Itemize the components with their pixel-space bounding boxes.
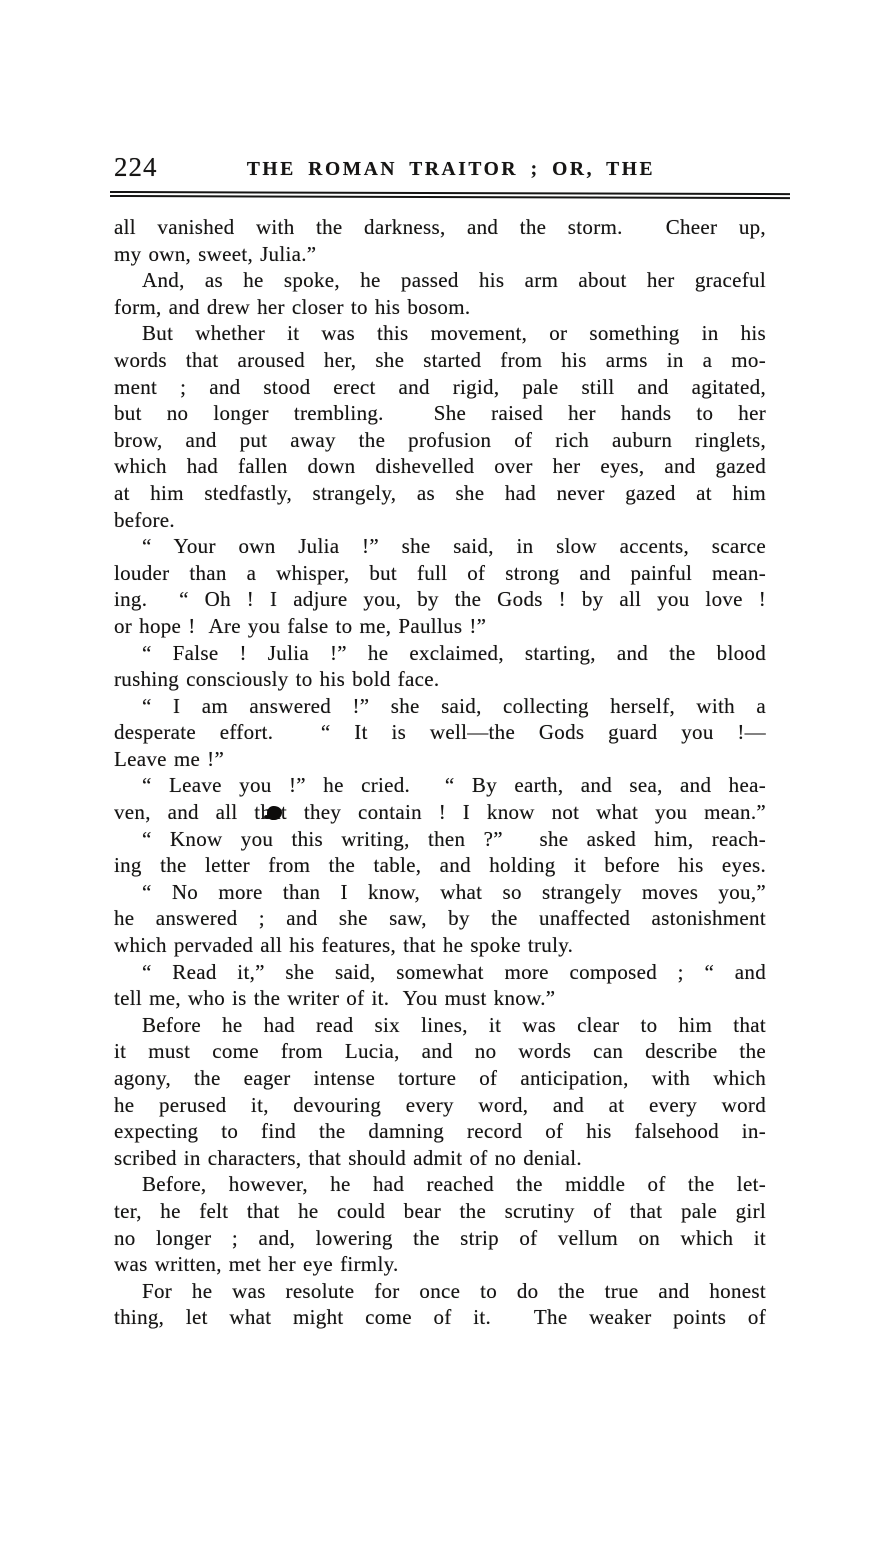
text-line: words that aroused her, she started from… — [114, 347, 766, 374]
text-line: “ Know you this writing, then ?” she ask… — [114, 826, 766, 853]
text-line: form, and drew her closer to his bosom. — [114, 294, 766, 321]
text-line: tell me, who is the writer of it. You mu… — [114, 985, 766, 1012]
text-line: ven, and all that they contain ! I know … — [114, 799, 766, 826]
text-line: Before, however, he had reached the midd… — [114, 1171, 766, 1198]
text-line: desperate effort. “ It is well—the Gods … — [114, 719, 766, 746]
text-line: “ Leave you !” he cried. “ By earth, and… — [114, 772, 766, 799]
text-line: ing the letter from the table, and holdi… — [114, 852, 766, 879]
text-line: Leave me !” — [114, 746, 766, 773]
text-line: “ I am answered !” she said, collecting … — [114, 693, 766, 720]
text-line: or hope ! Are you false to me, Paullus !… — [114, 613, 766, 640]
text-line: he answered ; and she saw, by the unaffe… — [114, 905, 766, 932]
text-line: “ No more than I know, what so strangely… — [114, 879, 766, 906]
text-line: before. — [114, 507, 766, 534]
text-block: all vanished with the darkness, and the … — [114, 214, 766, 1331]
text-line: But whether it was this movement, or som… — [114, 320, 766, 347]
text-line: “ Read it,” she said, somewhat more comp… — [114, 959, 766, 986]
text-line: brow, and put away the profusion of rich… — [114, 427, 766, 454]
text-line: at him stedfastly, strangely, as she had… — [114, 480, 766, 507]
text-line: louder than a whisper, but full of stron… — [114, 560, 766, 587]
running-title: THE ROMAN TRAITOR ; OR, THE — [112, 159, 790, 181]
text-line: which had fallen down dishevelled over h… — [114, 453, 766, 480]
text-line: ment ; and stood erect and rigid, pale s… — [114, 374, 766, 401]
text-line: “ Your own Julia !” she said, in slow ac… — [114, 533, 766, 560]
text-line: thing, let what might come of it. The we… — [114, 1304, 766, 1331]
text-line: agony, the eager intense torture of anti… — [114, 1065, 766, 1092]
text-line: he perused it, devouring every word, and… — [114, 1092, 766, 1119]
text-line: was written, met her eye firmly. — [114, 1251, 766, 1278]
text-line: expecting to find the damning record of … — [114, 1118, 766, 1145]
header-rule — [110, 191, 790, 199]
text-line: scribed in characters, that should admit… — [114, 1145, 766, 1172]
text-line: no longer ; and, lowering the strip of v… — [114, 1225, 766, 1252]
text-line: ing. “ Oh ! I adjure you, by the Gods ! … — [114, 586, 766, 613]
text-line: Before he had read six lines, it was cle… — [114, 1012, 766, 1039]
text-line: ter, he felt that he could bear the scru… — [114, 1198, 766, 1225]
text-line: rushing consciously to his bold face. — [114, 666, 766, 693]
text-line: which pervaded all his features, that he… — [114, 932, 766, 959]
text-line: “ False ! Julia !” he exclaimed, startin… — [114, 640, 766, 667]
text-line: And, as he spoke, he passed his arm abou… — [114, 267, 766, 294]
page-header: 224 THE ROMAN TRAITOR ; OR, THE — [112, 148, 790, 186]
text-line: it must come from Lucia, and no words ca… — [114, 1038, 766, 1065]
ink-blot: a — [271, 800, 281, 824]
text-line: my own, sweet, Julia.” — [114, 241, 766, 268]
text-line: but no longer trembling. She raised her … — [114, 400, 766, 427]
text-line: all vanished with the darkness, and the … — [114, 214, 766, 241]
book-page: 224 THE ROMAN TRAITOR ; OR, THE all vani… — [0, 0, 896, 1550]
text-line: For he was resolute for once to do the t… — [114, 1278, 766, 1305]
